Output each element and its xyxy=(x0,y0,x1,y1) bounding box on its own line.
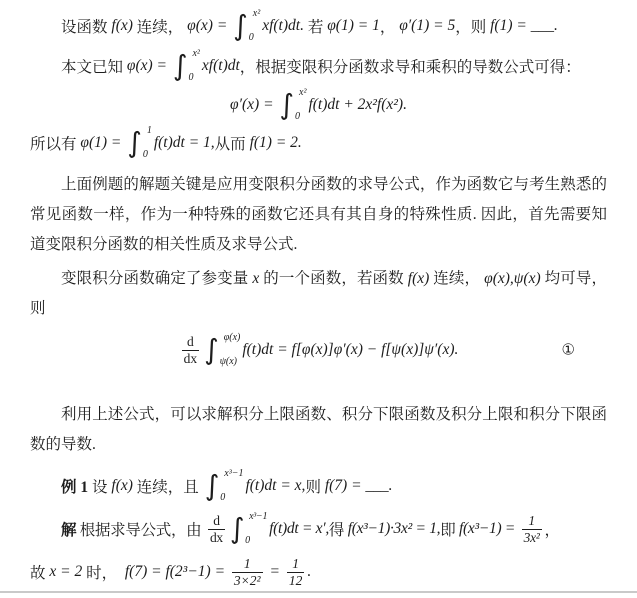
fraction: 13x² xyxy=(522,513,542,545)
math-run: f(x) xyxy=(408,270,430,287)
integral-upper-bound: x² xyxy=(299,88,306,98)
math-run: xf(t)dt xyxy=(202,57,240,75)
integral-lower-bound: 0 xyxy=(249,33,260,43)
conclusion-line: 所以有 φ(1) = ∫10f(t)dt = 1,从而 f(1) = 2. xyxy=(30,124,607,162)
integral-bounds: φ(x)ψ(x) xyxy=(220,333,241,367)
text-run: 根据求导公式，由 xyxy=(76,518,205,540)
integral: ∫x³−10 xyxy=(230,512,267,546)
fraction-denominator: 3x² xyxy=(522,529,542,546)
integral: ∫10 xyxy=(127,126,152,160)
fraction-numerator: 1 xyxy=(292,556,299,572)
integral-bounds: x³−10 xyxy=(220,469,243,503)
general-formula-body: ddx∫φ(x)ψ(x)f(t)dt = f[φ(x)]φ′(x) − f[ψ(… xyxy=(179,333,459,367)
integral-upper-bound: x² xyxy=(192,49,199,59)
fraction: ddx xyxy=(182,334,200,366)
text-run: 从而 xyxy=(215,132,250,154)
text-run: ， xyxy=(545,518,560,540)
text-run: ， xyxy=(380,15,399,37)
integral-lower-bound: 0 xyxy=(245,536,267,546)
math-run: f(t)dt = f[φ(x)]φ′(x) − f[ψ(x)]ψ′(x). xyxy=(242,341,458,359)
integral-sign-icon: ∫ xyxy=(279,91,294,119)
integral: ∫x²0 xyxy=(173,49,200,83)
integral-upper-bound: x³−1 xyxy=(249,512,267,522)
fraction-denominator: dx xyxy=(208,529,225,546)
math-run: f(x³−1)·3x² = 1, xyxy=(348,520,441,538)
derivation-intro: 本文已知 φ(x) = ∫x²0xf(t)dt，根据变限积分函数求导和乘积的导数… xyxy=(30,46,607,86)
integral-upper-bound: 1 xyxy=(147,126,152,136)
integral: ∫x²0 xyxy=(233,9,260,43)
math-run: f(1) = ___. xyxy=(490,17,558,35)
integral-lower-bound: 0 xyxy=(143,150,152,160)
integral-lower-bound: 0 xyxy=(295,112,306,122)
general-formula: ddx∫φ(x)ψ(x)f(t)dt = f[φ(x)]φ′(x) − f[ψ(… xyxy=(30,324,607,376)
text-run: 则 xyxy=(305,475,324,497)
math-run: f(t)dt = x′, xyxy=(269,520,329,538)
integral-bounds: x³−10 xyxy=(245,512,267,546)
math-run: φ(1) = xyxy=(80,134,125,152)
text-run: 设函数 xyxy=(61,15,111,37)
fraction-numerator: d xyxy=(213,513,219,529)
bottom-divider xyxy=(0,591,637,593)
integral-sign-icon: ∫ xyxy=(230,515,244,543)
fraction-numerator: 1 xyxy=(244,556,251,572)
fraction-denominator: 12 xyxy=(287,572,305,589)
solution-line-1: 解 根据求导公式，由 ddx∫x³−10f(t)dt = x′,得 f(x³−1… xyxy=(30,506,607,552)
math-run: φ(x) = xyxy=(127,57,171,75)
math-run: φ′(x) = xyxy=(230,96,277,114)
math-document-page: 设函数 f(x) 连续， φ(x) = ∫x²0xf(t)dt. 若 φ(1) … xyxy=(0,0,637,598)
text-run: 本文已知 xyxy=(61,55,127,77)
text-run: 利用上述公式，可以求解积分上限函数、积分下限函数及积分上限和积分下限函数的导数. xyxy=(30,406,607,453)
problem-statement: 设函数 f(x) 连续， φ(x) = ∫x²0xf(t)dt. 若 φ(1) … xyxy=(30,6,607,46)
integral-sign-icon: ∫ xyxy=(204,336,219,364)
integral-lower-bound: 0 xyxy=(220,493,243,503)
integral: ∫x³−10 xyxy=(205,469,244,503)
text-run: 故 xyxy=(30,561,49,583)
math-run: φ′(1) = 5 xyxy=(399,17,455,35)
math-run: φ(x),ψ(x) xyxy=(484,270,540,287)
integral-sign-icon: ∫ xyxy=(205,472,220,500)
text-run: 若 xyxy=(304,15,327,37)
fraction: 13×2² xyxy=(232,556,263,588)
math-run: f(t)dt + 2x²f(x²). xyxy=(308,96,407,114)
integral-bounds: x²0 xyxy=(188,49,199,83)
integral-bounds: x²0 xyxy=(295,88,306,122)
math-run: f(1) = 2. xyxy=(250,134,302,152)
fraction-denominator: 3×2² xyxy=(232,572,263,589)
commentary-paragraph: 上面例题的解题关键是应用变限积分函数的求导公式，作为函数它与考生熟悉的常见函数一… xyxy=(30,170,607,260)
text-run: 的一个函数，若函数 xyxy=(259,270,408,287)
fraction-numerator: d xyxy=(187,334,194,350)
bold-text-run: 解 xyxy=(61,518,76,540)
math-run: f(t)dt = x, xyxy=(245,477,305,495)
bold-text-run: 例 1 xyxy=(61,475,88,497)
fraction-denominator: dx xyxy=(182,350,200,367)
text-run: 得 xyxy=(329,518,348,540)
math-run: f(x) xyxy=(111,17,133,35)
integral-upper-bound: x³−1 xyxy=(224,469,243,479)
math-run: f(x) xyxy=(111,477,133,495)
integral-upper-bound: x² xyxy=(253,9,260,19)
application-paragraph: 利用上述公式，可以求解积分上限函数、积分下限函数及积分上限和积分下限函数的导数. xyxy=(30,400,607,460)
integral-lower-bound: ψ(x) xyxy=(220,357,241,367)
text-run: 时， xyxy=(82,561,125,583)
integral: ∫x²0 xyxy=(279,88,306,122)
fraction: ddx xyxy=(208,513,225,545)
derivative-equation: φ′(x) = ∫x²0f(t)dt + 2x²f(x²). xyxy=(30,86,607,124)
integral-bounds: 10 xyxy=(143,126,152,160)
integral-upper-bound: φ(x) xyxy=(224,333,241,343)
text-run: ，根据变限积分函数求导和乘积的导数公式可得： xyxy=(240,55,581,77)
text-run: 即 xyxy=(440,518,459,540)
math-run: φ(1) = 1 xyxy=(327,17,380,35)
integral-sign-icon: ∫ xyxy=(233,12,248,40)
integral-lower-bound: 0 xyxy=(188,73,199,83)
math-run: f(x³−1) = xyxy=(459,520,519,538)
text-run: 连续， xyxy=(133,15,187,37)
math-run: f(7) = f(2³−1) = xyxy=(125,563,229,581)
example-1: 例 1 设 f(x) 连续，且 ∫x³−10f(t)dt = x,则 f(7) … xyxy=(30,466,607,506)
math-run: . xyxy=(307,563,311,581)
text-run: 连续， xyxy=(429,270,484,287)
math-run: f(7) = ___. xyxy=(325,477,393,495)
fraction-numerator: 1 xyxy=(528,513,534,529)
integral-sign-icon: ∫ xyxy=(127,129,142,157)
math-run: x = 2 xyxy=(49,563,82,581)
integral-bounds: x²0 xyxy=(249,9,260,43)
text-run: 变限积分函数确定了参变量 xyxy=(61,270,252,287)
equation-number: ① xyxy=(562,341,575,360)
definition-paragraph: 变限积分函数确定了参变量 x 的一个函数，若函数 f(x) 连续， φ(x),ψ… xyxy=(30,264,607,324)
text-run: 所以有 xyxy=(30,132,80,154)
text-run: 设 xyxy=(88,475,111,497)
text-run: 上面例题的解题关键是应用变限积分函数的求导公式，作为函数它与考生熟悉的常见函数一… xyxy=(30,176,607,253)
math-run: xf(t)dt. xyxy=(262,17,304,35)
math-run: f(t)dt = 1, xyxy=(154,134,215,152)
integral: ∫φ(x)ψ(x) xyxy=(204,333,240,367)
text-run: 连续，且 xyxy=(133,475,203,497)
fraction: 112 xyxy=(287,556,305,588)
solution-line-2: 故 x = 2 时， f(7) = f(2³−1) = 13×2² = 112. xyxy=(30,552,607,592)
math-run: φ(x) = xyxy=(187,17,231,35)
text-run: ，则 xyxy=(455,15,490,37)
math-run: = xyxy=(266,563,284,581)
integral-sign-icon: ∫ xyxy=(173,52,188,80)
